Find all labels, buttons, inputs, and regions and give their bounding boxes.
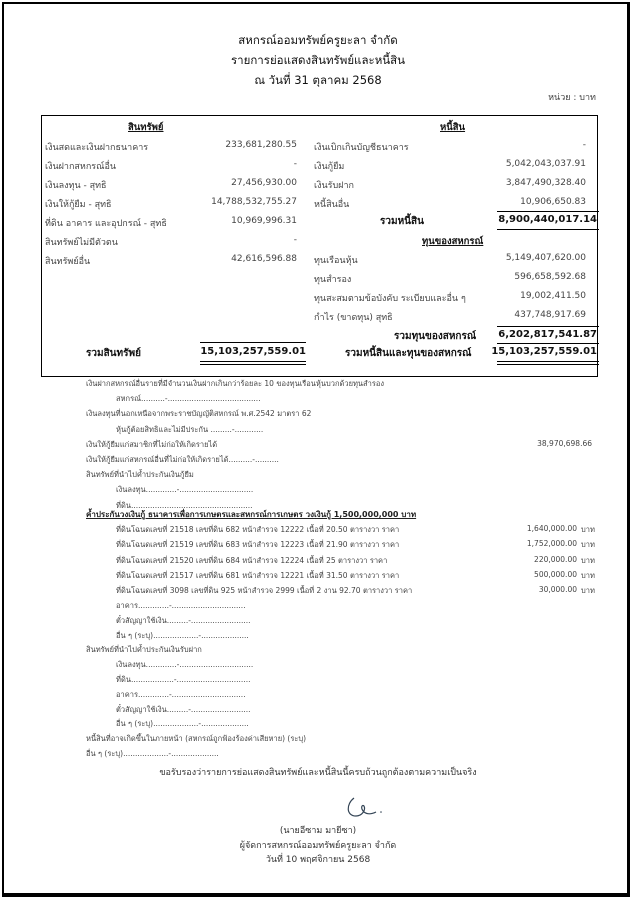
- equity-label: ทุนสะสมตามข้อบังคับ ระเบียบและอื่น ๆ: [314, 291, 466, 305]
- equity-value: 5,149,407,620.00: [482, 253, 586, 263]
- total-liabilities-underline: [497, 229, 599, 230]
- note-line: สินทรัพย์ที่นำไปค้ำประกันเงินรับฝาก: [86, 644, 202, 656]
- pledge-item: ที่ดินโฉนดเลขที่ 21517 เลขที่ดิน 681 หน้…: [116, 570, 399, 582]
- asset-label: สินทรัพย์อื่น: [45, 254, 90, 268]
- liabilities-heading: หนี้สิน: [440, 120, 465, 135]
- asset-value: -: [192, 159, 297, 169]
- liability-value: 10,906,650.83: [482, 197, 586, 207]
- total-assets-value: 15,103,257,559.01: [200, 346, 306, 357]
- pledge-amount: 30,000.00: [480, 585, 577, 594]
- asset-label: เงินฝากสหกรณ์อื่น: [45, 159, 116, 173]
- total-assets-rule: [200, 342, 306, 343]
- note-line: อื่น ๆ (ระบุ)...................-.......…: [116, 718, 249, 730]
- assets-heading: สินทรัพย์: [128, 120, 164, 135]
- liability-label: หนี้สินอื่น: [314, 197, 349, 211]
- equity-label: ทุนเรือนหุ้น: [314, 253, 358, 267]
- note-line: ตั๋วสัญญาใช้เงิน.........-..............…: [116, 615, 251, 627]
- total-assets-double-rule: [200, 361, 306, 365]
- signed-date: วันที่ 10 พฤศจิกายน 2568: [0, 852, 636, 866]
- note-line: เงินลงทุน.............-.................…: [116, 484, 253, 496]
- liability-value: -: [482, 140, 586, 150]
- pledge-item: ที่ดินโฉนดเลขที่ 3098 เลขที่ดิน 925 หน้า…: [116, 585, 412, 597]
- grand-total-double-rule: [497, 361, 599, 365]
- pledge-item: ที่ดินโฉนดเลขที่ 21520 เลขที่ดิน 684 หน้…: [116, 555, 387, 567]
- note-line: เงินฝากสหกรณ์อื่นรายที่มีจำนวนเงินฝากเกิ…: [86, 378, 384, 390]
- pledge-amount: 220,000.00: [480, 555, 577, 564]
- liability-label: เงินเบิกเกินบัญชีธนาคาร: [314, 140, 409, 154]
- note-line: หนี้สินที่อาจเกิดขึ้นในภายหน้า (สหกรณ์ถู…: [86, 733, 306, 745]
- unit-label: หน่วย : บาท: [548, 90, 596, 104]
- pledge-amount: 500,000.00: [480, 570, 577, 579]
- equity-heading: ทุนของสหกรณ์: [422, 234, 483, 249]
- note-line: เงินลงทุนที่นอกเหนือจากพระราชบัญญัติสหกร…: [86, 408, 311, 420]
- note-line: อื่น ๆ (ระบุ)...................-.......…: [86, 748, 219, 760]
- pledge-unit: บาท: [581, 539, 595, 551]
- equity-value: 437,748,917.69: [482, 310, 586, 320]
- asset-label: เงินสดและเงินฝากธนาคาร: [45, 140, 148, 154]
- note-line: ที่ดิน..................-...............…: [116, 674, 250, 686]
- pledge-amount: 1,640,000.00: [480, 524, 577, 533]
- pledge-unit: บาท: [581, 524, 595, 536]
- total-assets-label: รวมสินทรัพย์: [86, 346, 141, 361]
- grand-total-value: 15,103,257,559.01: [482, 346, 597, 357]
- total-equity-value: 6,202,817,541.87: [482, 329, 597, 340]
- asset-value: -: [192, 235, 297, 245]
- note-line: อาคาร.............-.....................…: [116, 600, 246, 612]
- note-line: เงินลงทุน.............-.................…: [116, 659, 253, 671]
- note-line: อื่น ๆ (ระบุ)...................-.......…: [116, 630, 249, 642]
- liability-label: เงินรับฝาก: [314, 178, 354, 192]
- org-name: สหกรณ์ออมทรัพย์ครูยะลา จำกัด: [0, 32, 636, 50]
- report-title: รายการย่อแสดงสินทรัพย์และหนี้สิน: [0, 52, 636, 70]
- signature-icon: [340, 792, 390, 822]
- note-line: เงินให้กู้ยืมแก่สหกรณ์อื่นที่ไม่ก่อให้เก…: [86, 454, 279, 466]
- asset-label: ที่ดิน อาคาร และอุปกรณ์ - สุทธิ: [45, 216, 167, 230]
- pledge-item: ที่ดินโฉนดเลขที่ 21519 เลขที่ดิน 683 หน้…: [116, 539, 399, 551]
- liability-value: 3,847,490,328.40: [482, 178, 586, 188]
- note-amount: 38,970,698.66: [490, 439, 592, 448]
- asset-label: สินทรัพย์ไม่มีตัวตน: [45, 235, 118, 249]
- equity-label: กำไร (ขาดทุน) สุทธิ: [314, 310, 393, 324]
- note-line: เงินให้กู้ยืมแก่สมาชิกที่ไม่ก่อให้เกิดรา…: [86, 439, 217, 451]
- total-equity-label: รวมทุนของสหกรณ์: [394, 329, 476, 344]
- note-line: ตั๋วสัญญาใช้เงิน.........-..............…: [116, 704, 251, 716]
- equity-label: ทุนสำรอง: [314, 272, 351, 286]
- pledge-heading: ค้ำประกันวงเงินกู้ ธนาคารเพื่อการเกษตรแล…: [86, 508, 416, 521]
- asset-value: 233,681,280.55: [192, 140, 297, 150]
- note-line: หุ้นกู้ต้อยสิทธิและไม่มีประกัน .........…: [116, 424, 263, 436]
- pledge-amount: 1,752,000.00: [480, 539, 577, 548]
- note-line: สหกรณ์..........-.......................…: [116, 393, 261, 405]
- asset-value: 10,969,996.31: [192, 216, 297, 226]
- total-liabilities-rule: [497, 211, 599, 212]
- equity-value: 19,002,411.50: [482, 291, 586, 301]
- signer-name: (นายอีซาม มายีซา): [0, 823, 636, 837]
- liability-value: 5,042,043,037.91: [482, 159, 586, 169]
- equity-value: 596,658,592.68: [482, 272, 586, 282]
- total-equity-rule: [497, 326, 599, 327]
- balance-sheet-table: สินทรัพย์เงินสดและเงินฝากธนาคาร233,681,2…: [41, 115, 598, 377]
- pledge-unit: บาท: [581, 555, 595, 567]
- asset-value: 42,616,596.88: [192, 254, 297, 264]
- certification-text: ขอรับรองว่ารายการย่อแสดงสินทรัพย์และหนี้…: [0, 765, 636, 779]
- grand-total-label: รวมหนี้สินและทุนของสหกรณ์: [345, 346, 471, 361]
- asset-label: เงินลงทุน - สุทธิ: [45, 178, 107, 192]
- signer-title: ผู้จัดการสหกรณ์ออมทรัพย์ครูยะลา จำกัด: [0, 838, 636, 852]
- grand-total-rule: [497, 343, 599, 344]
- asset-value: 14,788,532,755.27: [192, 197, 297, 207]
- asset-label: เงินให้กู้ยืม - สุทธิ: [45, 197, 112, 211]
- liability-label: เงินกู้ยืม: [314, 159, 344, 173]
- note-line: อาคาร.............-.....................…: [116, 689, 246, 701]
- total-liabilities-label: รวมหนี้สิน: [380, 214, 424, 229]
- asset-value: 27,456,930.00: [192, 178, 297, 188]
- report-date: ณ วันที่ 31 ตุลาคม 2568: [0, 72, 636, 90]
- note-line: สินทรัพย์ที่นำไปค้ำประกันเงินกู้ยืม: [86, 469, 194, 481]
- total-liabilities-value: 8,900,440,017.14: [482, 214, 597, 225]
- pledge-unit: บาท: [581, 570, 595, 582]
- pledge-unit: บาท: [581, 585, 595, 597]
- pledge-item: ที่ดินโฉนดเลขที่ 21518 เลขที่ดิน 682 หน้…: [116, 524, 399, 536]
